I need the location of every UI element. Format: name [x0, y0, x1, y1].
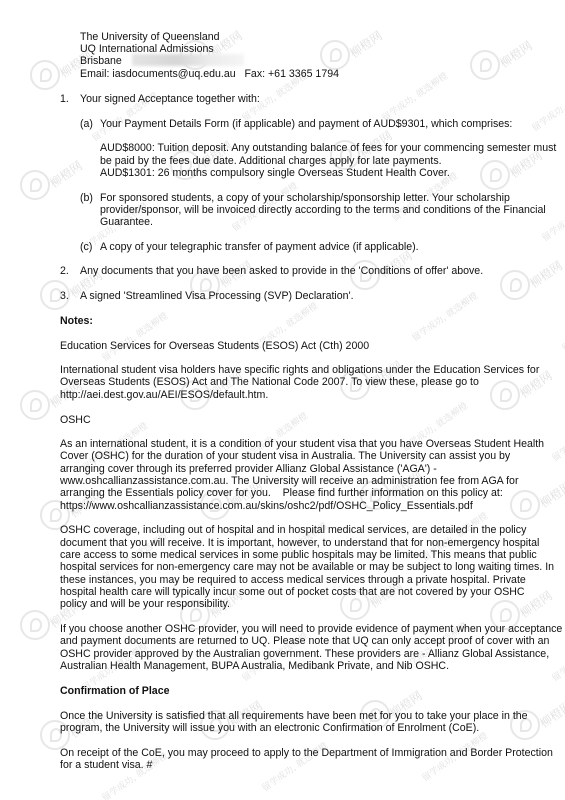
address-contact: Email: iasdocuments@uq.edu.au Fax: +61 3…	[80, 68, 339, 81]
watermark-logo-icon	[30, 60, 60, 90]
oshc-coverage-line: OSHC coverage, including out of hospital…	[60, 524, 526, 537]
oshc-paragraph-line: Cover (OSHC) for the duration of your st…	[60, 450, 510, 463]
esos-paragraph-line: Overseas Students (ESOS) Act and The Nat…	[60, 376, 479, 389]
watermark-text: 柳橙网	[348, 29, 385, 60]
list-label-b: (b)	[80, 192, 93, 205]
notes-heading: Notes:	[60, 315, 93, 328]
watermark-logo-icon	[20, 390, 50, 420]
watermark-text: 柳橙网	[528, 259, 565, 290]
document-page: 柳橙网留学成功, 就选柳橙柳橙网留学成功, 就选柳橙柳橙网留学成功, 就选柳橙柳…	[0, 0, 565, 800]
esos-title: Education Services for Overseas Students…	[60, 340, 369, 353]
visa-application-line: for a student visa. #	[60, 759, 152, 772]
confirmation-line: program, the University will issue you w…	[60, 722, 479, 735]
watermark-slogan: 留学成功, 就选柳橙	[560, 300, 565, 355]
watermark-logo-icon	[470, 50, 500, 80]
watermark-logo-icon	[320, 40, 350, 70]
list-label-c: (c)	[80, 241, 92, 254]
esos-link[interactable]: http://aei.dest.gov.au/AEI/ESOS/default.…	[60, 389, 268, 402]
list-item-1: Your signed Acceptance together with:	[80, 93, 260, 106]
list-item-1a: Your Payment Details Form (if applicable…	[100, 118, 512, 131]
list-number-2: 2.	[60, 265, 69, 278]
oshc-provider-line: and payment documents are returned to UQ…	[60, 635, 549, 648]
watermark-slogan: 留学成功, 就选柳橙	[550, 410, 565, 465]
watermark-logo-icon	[480, 160, 510, 190]
oshc-title: OSHC	[60, 414, 91, 427]
list-item-1b-line: Guarantee.	[100, 216, 153, 229]
confirmation-heading: Confirmation of Place	[60, 685, 169, 698]
watermark-text: 柳橙网	[538, 699, 565, 730]
list-item-2: Any documents that you have been asked t…	[80, 265, 483, 278]
watermark-logo-icon	[20, 170, 50, 200]
watermark-text: 柳橙网	[498, 39, 535, 70]
list-item-1b-line: provider/sponsor, will be invoiced direc…	[100, 204, 546, 217]
watermark-slogan: 留学成功, 就选柳橙	[540, 190, 565, 245]
list-number-3: 3.	[60, 290, 69, 303]
oshc-paragraph-line: arranging the Essentials policy cover fo…	[60, 487, 503, 500]
watermark-logo-icon	[20, 610, 50, 640]
oshc-coverage-line: hospital services for non-emergency care…	[60, 561, 554, 574]
list-number-1: 1.	[60, 93, 69, 106]
watermark-logo-icon	[490, 380, 520, 410]
watermark-text: 柳橙网	[538, 479, 565, 510]
watermark-slogan: 留学成功, 就选柳橙	[100, 310, 171, 365]
list-item-3: A signed 'Streamlined Visa Processing (S…	[80, 290, 354, 303]
list-item-1c: A copy of your telegraphic transfer of p…	[100, 241, 419, 254]
watermark-text: 柳橙网	[48, 159, 85, 190]
oshc-coverage-line: policy and will be your responsibility.	[60, 598, 230, 611]
oshc-provider-line: Australian Health Management, BUPA Austr…	[60, 660, 449, 673]
redacted-address	[132, 54, 244, 66]
watermark-logo-icon	[510, 490, 540, 520]
watermark-slogan: 留学成功, 就选柳橙	[550, 630, 565, 685]
oshc-policy-link[interactable]: https://www.oshcallianzassistance.com.au…	[60, 500, 473, 513]
payment-detail-line: AUD$8000: Tuition deposit. Any outstandi…	[100, 142, 556, 155]
list-label-a: (a)	[80, 118, 93, 131]
address-city: Brisbane	[80, 55, 122, 68]
watermark-slogan: 留学成功, 就选柳橙	[410, 290, 481, 345]
watermark-slogan: 留学成功, 就选柳橙	[530, 80, 565, 135]
watermark-logo-icon	[500, 270, 530, 300]
payment-detail-line: AUD$1301: 26 months compulsory single Ov…	[100, 167, 450, 180]
